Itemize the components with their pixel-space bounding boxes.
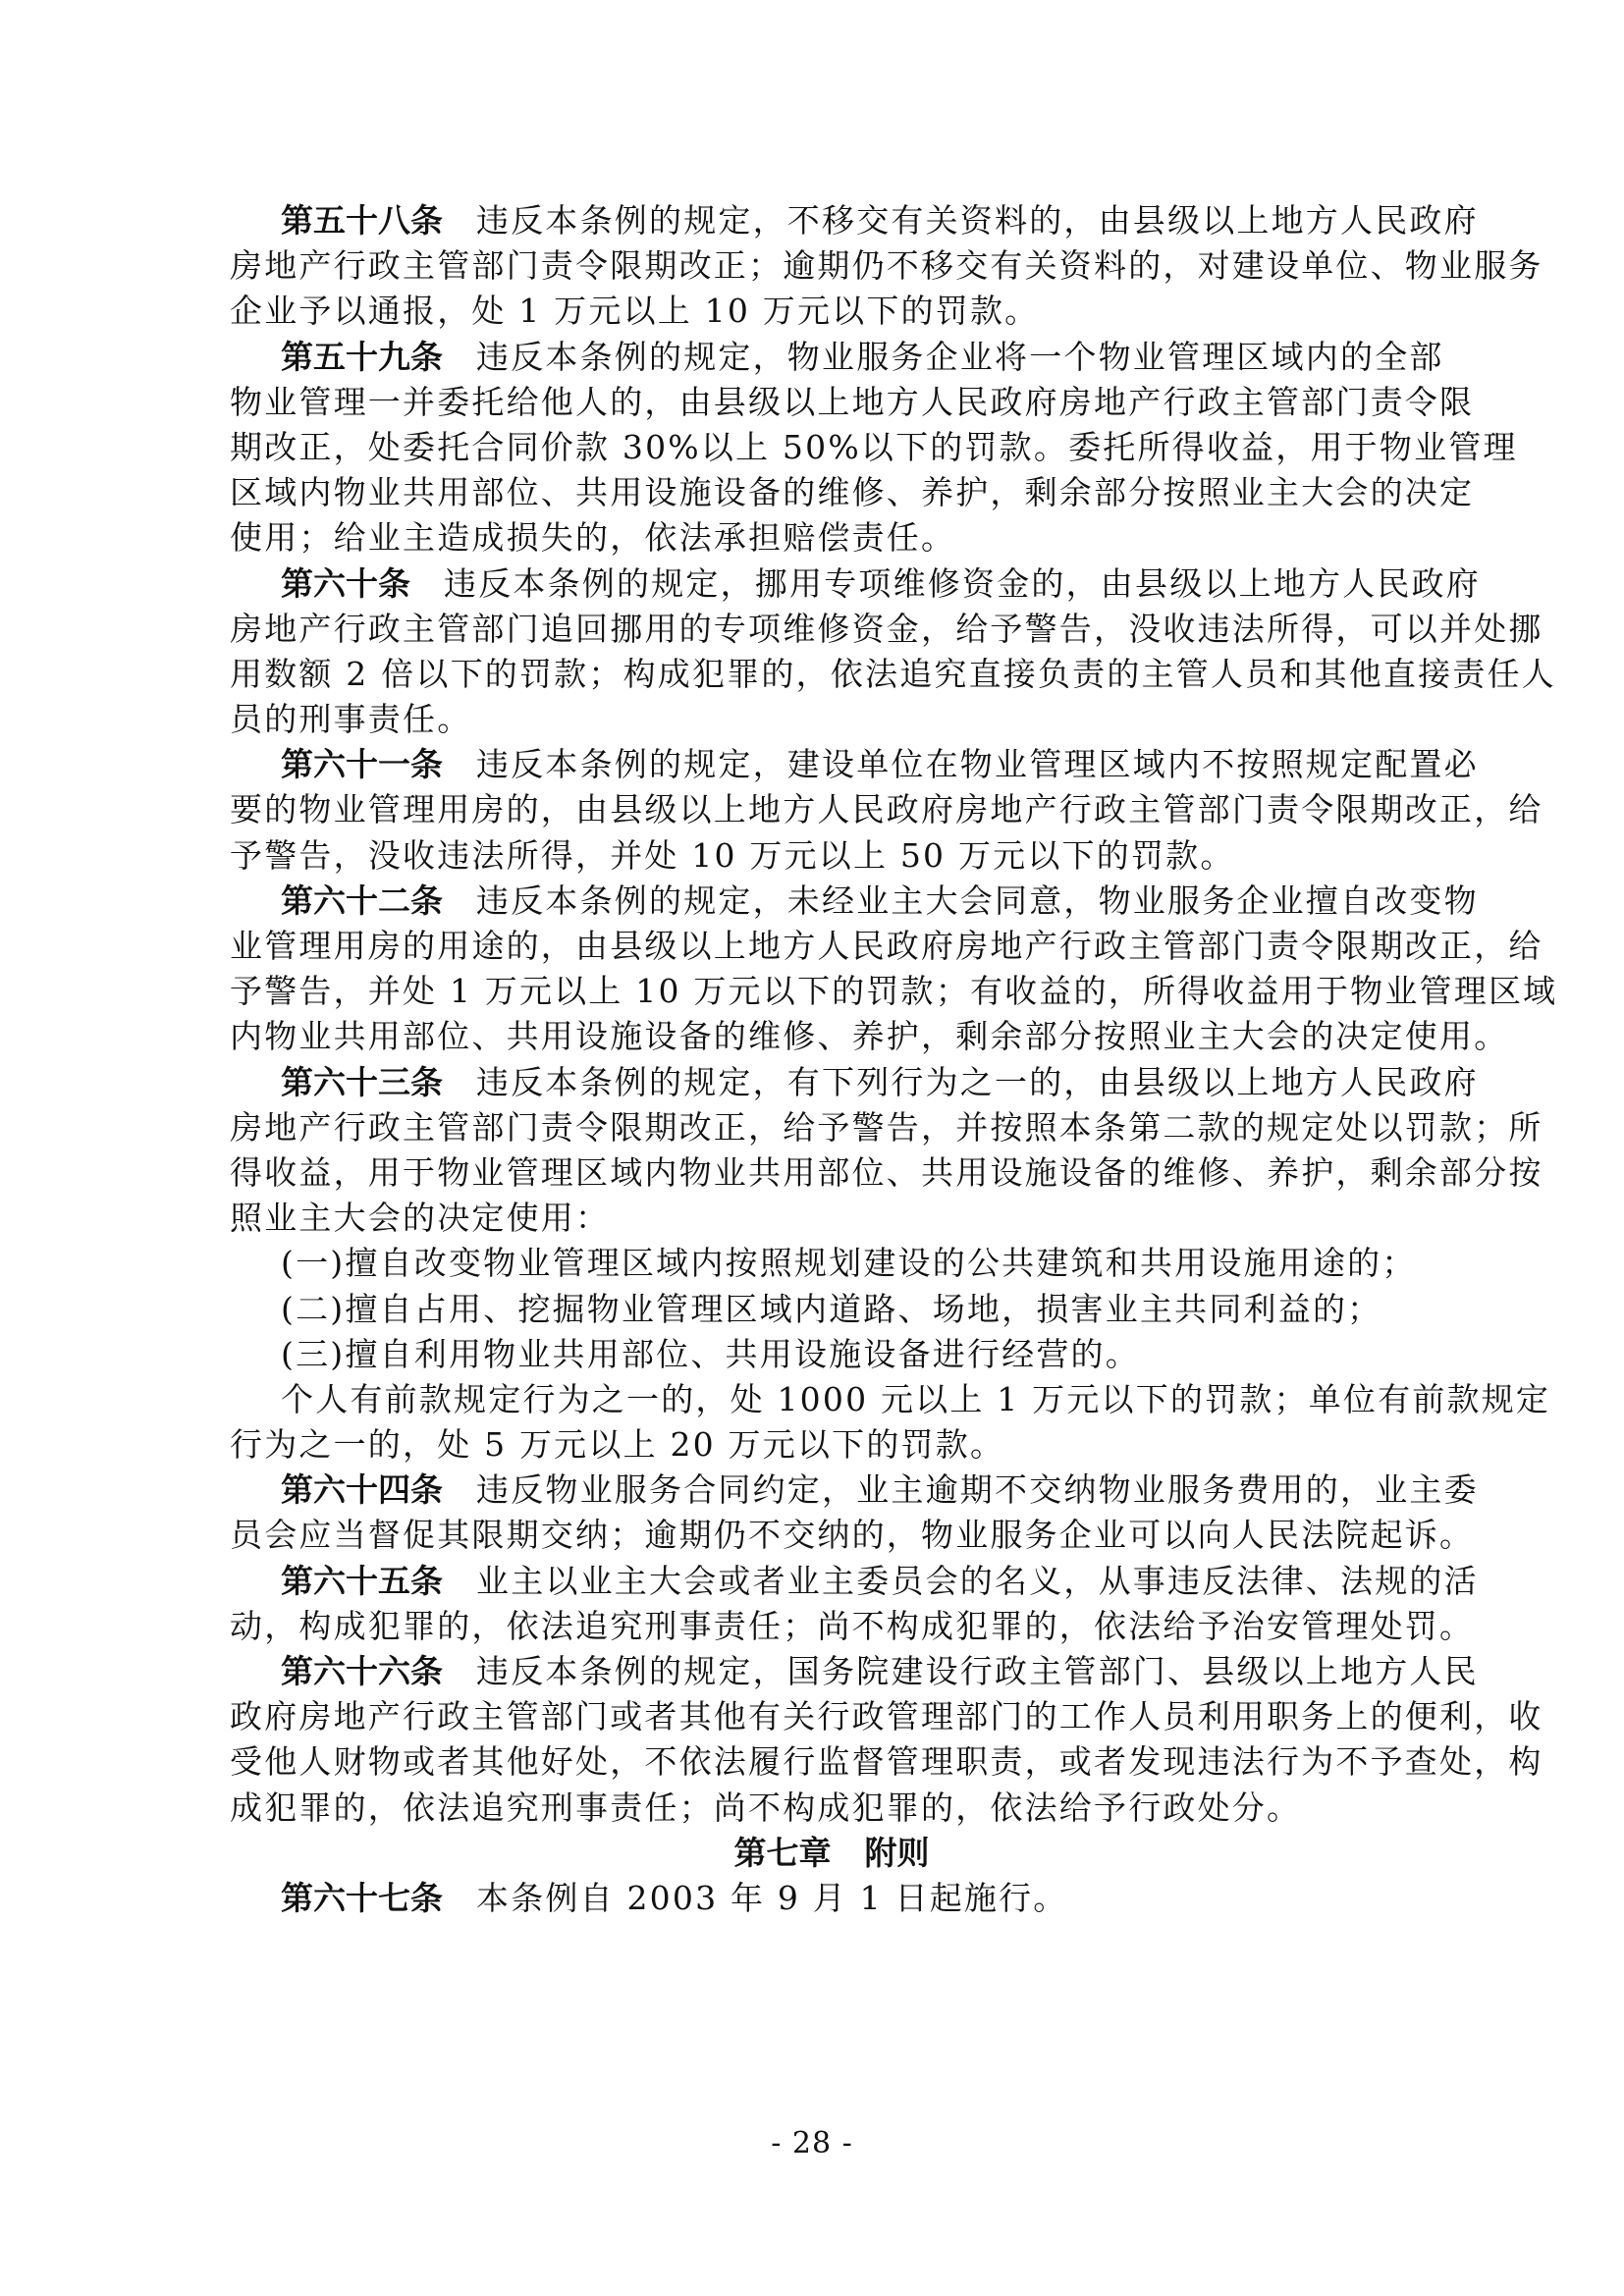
article-line: 第六十四条违反物业服务合同约定，业主逾期不交纳物业服务费用的，业主委 <box>230 1468 1434 1513</box>
article-line: 动，构成犯罪的，依法追究刑事责任；尚不构成犯罪的，依法给予治安管理处罚。 <box>230 1604 1434 1649</box>
article-line: 用数额 2 倍以下的罚款；构成犯罪的，依法追究直接负责的主管人员和其他直接责任人 <box>230 652 1434 697</box>
article-line: 第六十三条违反本条例的规定，有下列行为之一的，由县级以上地方人民政府 <box>230 1060 1434 1105</box>
article-line: 政府房地产行政主管部门或者其他有关行政管理部门的工作人员利用职务上的便利，收 <box>230 1694 1434 1739</box>
article-number: 第六十六条 <box>281 1652 443 1690</box>
article-line: 第五十八条违反本条例的规定，不移交有关资料的，由县级以上地方人民政府 <box>230 198 1434 243</box>
article-60: 第六十条违反本条例的规定，挪用专项维修资金的，由县级以上地方人民政府 房地产行政… <box>230 561 1434 743</box>
article-line: 房地产行政主管部门追回挪用的专项维修资金，给予警告，没收违法所得，可以并处挪 <box>230 607 1434 652</box>
article-line: 个人有前款规定行为之一的，处 1000 元以上 1 万元以下的罚款；单位有前款规… <box>230 1377 1434 1422</box>
article-number: 第六十一条 <box>281 745 443 783</box>
article-63: 第六十三条违反本条例的规定，有下列行为之一的，由县级以上地方人民政府 房地产行政… <box>230 1060 1434 1468</box>
article-number: 第六十条 <box>281 564 410 603</box>
article-line: 企业予以通报，处 1 万元以上 10 万元以下的罚款。 <box>230 289 1434 334</box>
list-item: (三)擅自利用物业共用部位、共用设施设备进行经营的。 <box>230 1332 1434 1377</box>
article-line: 内物业共用部位、共用设施设备的维修、养护，剩余部分按照业主大会的决定使用。 <box>230 1014 1434 1059</box>
article-66: 第六十六条违反本条例的规定，国务院建设行政主管部门、县级以上地方人民 政府房地产… <box>230 1649 1434 1831</box>
article-61: 第六十一条违反本条例的规定，建设单位在物业管理区域内不按照规定配置必 要的物业管… <box>230 742 1434 879</box>
article-line: 员的刑事责任。 <box>230 697 1434 742</box>
article-number: 第六十四条 <box>281 1470 443 1509</box>
article-line: 第六十六条违反本条例的规定，国务院建设行政主管部门、县级以上地方人民 <box>230 1649 1434 1694</box>
article-text: 违反本条例的规定，未经业主大会同意，物业服务企业擅自改变物 <box>476 881 1479 920</box>
article-number: 第五十九条 <box>281 338 443 376</box>
article-line: 期改正，处委托合同价款 30%以上 50%以下的罚款。委托所得收益，用于物业管理 <box>230 425 1434 470</box>
article-line: 房地产行政主管部门责令限期改正，给予警告，并按照本条第二款的规定处以罚款；所 <box>230 1105 1434 1150</box>
article-line: 行为之一的，处 5 万元以上 20 万元以下的罚款。 <box>230 1422 1434 1468</box>
document-body: 第五十八条违反本条例的规定，不移交有关资料的，由县级以上地方人民政府 房地产行政… <box>230 198 1434 1921</box>
chapter-title: 附则 <box>865 1834 930 1872</box>
article-64: 第六十四条违反物业服务合同约定，业主逾期不交纳物业服务费用的，业主委 员会应当督… <box>230 1468 1434 1558</box>
article-number: 第六十三条 <box>281 1063 443 1101</box>
article-line: 物业管理一并委托给他人的，由县级以上地方人民政府房地产行政主管部门责令限 <box>230 380 1434 425</box>
article-59: 第五十九条违反本条例的规定，物业服务企业将一个物业管理区域内的全部 物业管理一并… <box>230 335 1434 561</box>
article-number: 第六十五条 <box>281 1562 443 1600</box>
article-62: 第六十二条违反本条例的规定，未经业主大会同意，物业服务企业擅自改变物 业管理用房… <box>230 879 1434 1060</box>
article-text: 本条例自 2003 年 9 月 1 日起施行。 <box>476 1879 1068 1917</box>
article-line: 得收益，用于物业管理区域内物业共用部位、共用设施设备的维修、养护，剩余部分按 <box>230 1150 1434 1196</box>
article-text: 违反本条例的规定，建设单位在物业管理区域内不按照规定配置必 <box>476 745 1479 783</box>
article-67: 第六十七条本条例自 2003 年 9 月 1 日起施行。 <box>230 1876 1434 1921</box>
article-text: 违反本条例的规定，国务院建设行政主管部门、县级以上地方人民 <box>476 1652 1479 1690</box>
article-line: 第五十九条违反本条例的规定，物业服务企业将一个物业管理区域内的全部 <box>230 335 1434 380</box>
article-line: 受他人财物或者其他好处，不依法履行监督管理职责，或者发现违法行为不予查处，构 <box>230 1739 1434 1785</box>
page-number: - 28 - <box>0 2126 1624 2161</box>
article-text: 违反本条例的规定，挪用专项维修资金的，由县级以上地方人民政府 <box>444 564 1481 603</box>
article-text: 业主以业主大会或者业主委员会的名义，从事违反法律、法规的活 <box>476 1562 1479 1600</box>
article-line: 区域内物业共用部位、共用设施设备的维修、养护，剩余部分按照业主大会的决定 <box>230 470 1434 515</box>
article-65: 第六十五条业主以业主大会或者业主委员会的名义，从事违反法律、法规的活 动，构成犯… <box>230 1559 1434 1649</box>
article-line: 要的物业管理用房的，由县级以上地方人民政府房地产行政主管部门责令限期改正，给 <box>230 787 1434 832</box>
article-text: 违反本条例的规定，不移交有关资料的，由县级以上地方人民政府 <box>476 201 1479 240</box>
document-page: 第五十八条违反本条例的规定，不移交有关资料的，由县级以上地方人民政府 房地产行政… <box>0 0 1624 2296</box>
article-line: 第六十二条违反本条例的规定，未经业主大会同意，物业服务企业擅自改变物 <box>230 879 1434 924</box>
list-item: (一)擅自改变物业管理区域内按照规划建设的公共建筑和共用设施用途的； <box>230 1241 1434 1286</box>
article-line: 使用；给业主造成损失的，依法承担赔偿责任。 <box>230 515 1434 561</box>
article-text: 违反物业服务合同约定，业主逾期不交纳物业服务费用的，业主委 <box>476 1470 1479 1509</box>
article-line: 第六十七条本条例自 2003 年 9 月 1 日起施行。 <box>230 1876 1434 1921</box>
article-number: 第六十二条 <box>281 881 443 920</box>
article-line: 予警告，并处 1 万元以上 10 万元以下的罚款；有收益的，所得收益用于物业管理… <box>230 969 1434 1014</box>
article-number: 第五十八条 <box>281 201 443 240</box>
article-line: 照业主大会的决定使用： <box>230 1196 1434 1241</box>
article-line: 员会应当督促其限期交纳；逾期仍不交纳的，物业服务企业可以向人民法院起诉。 <box>230 1513 1434 1558</box>
article-text: 违反本条例的规定，物业服务企业将一个物业管理区域内的全部 <box>476 338 1444 376</box>
article-58: 第五十八条违反本条例的规定，不移交有关资料的，由县级以上地方人民政府 房地产行政… <box>230 198 1434 335</box>
article-line: 第六十五条业主以业主大会或者业主委员会的名义，从事违反法律、法规的活 <box>230 1559 1434 1604</box>
chapter-number: 第七章 <box>734 1834 832 1872</box>
article-text: 违反本条例的规定，有下列行为之一的，由县级以上地方人民政府 <box>476 1063 1479 1101</box>
article-line: 业管理用房的用途的，由县级以上地方人民政府房地产行政主管部门责令限期改正，给 <box>230 924 1434 969</box>
chapter-heading: 第七章附则 <box>230 1831 1434 1876</box>
article-line: 成犯罪的，依法追究刑事责任；尚不构成犯罪的，依法给予行政处分。 <box>230 1786 1434 1831</box>
list-item: (二)擅自占用、挖掘物业管理区域内道路、场地，损害业主共同利益的； <box>230 1287 1434 1332</box>
article-line: 第六十条违反本条例的规定，挪用专项维修资金的，由县级以上地方人民政府 <box>230 561 1434 607</box>
article-line: 第六十一条违反本条例的规定，建设单位在物业管理区域内不按照规定配置必 <box>230 742 1434 787</box>
article-number: 第六十七条 <box>281 1879 443 1917</box>
article-line: 予警告，没收违法所得，并处 10 万元以上 50 万元以下的罚款。 <box>230 833 1434 879</box>
article-line: 房地产行政主管部门责令限期改正；逾期仍不移交有关资料的，对建设单位、物业服务 <box>230 243 1434 289</box>
